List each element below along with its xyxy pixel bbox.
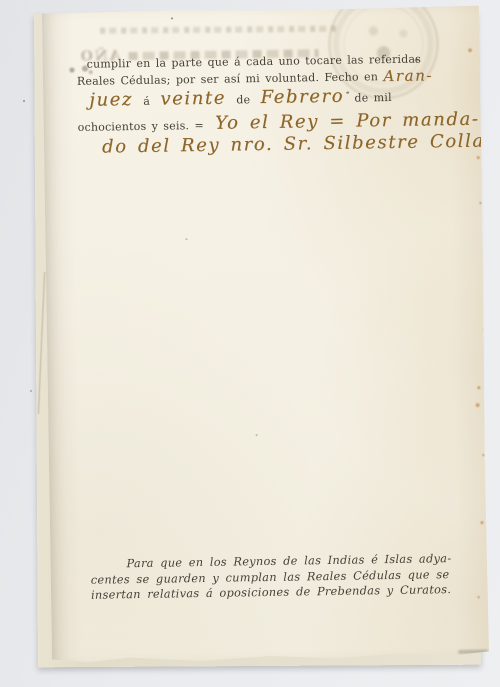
ink-speck [256, 434, 258, 436]
handwritten-day: veinte [160, 88, 226, 110]
foxing-spot [468, 48, 473, 53]
ink-speck [425, 116, 427, 118]
foxing-spot [480, 521, 484, 525]
handwritten-month: Febrero [260, 86, 344, 108]
printed-text: á [143, 95, 150, 108]
closing-text-block: cumplir en la parte que á cada uno tocar… [77, 52, 431, 161]
foxing-spot [484, 293, 488, 297]
ink-speck [415, 59, 418, 62]
ink-speck [23, 100, 25, 102]
printed-text: ochocientos y seis. = [78, 119, 204, 134]
foxing-spot [483, 253, 486, 256]
handwritten-place-part2: juez [89, 89, 133, 111]
foxing-spot [482, 454, 485, 457]
foxing-spot [483, 328, 486, 331]
ink-speck [185, 238, 187, 240]
mixed-line-4: ochocientos y seis. = Yo el Rey = Por ma… [78, 108, 430, 135]
printed-text: de mil [354, 91, 392, 105]
foxing-spot [476, 156, 480, 160]
handwritten-place-part1: Aran- [383, 66, 433, 85]
ink-speck [171, 17, 173, 19]
foxing-spot [477, 386, 481, 390]
footer-summary-paragraph: Para que en los Reynos de las Indias é I… [90, 551, 429, 603]
handwritten-royal-signature: Yo el Rey = Por manda- [215, 109, 480, 134]
foxing-spot [479, 202, 482, 205]
printed-text: de [236, 93, 250, 106]
foxing-spot [477, 596, 480, 599]
ink-speck [346, 92, 349, 94]
scanned-document-background: AÑO cumplir en la parte que á cada uno t… [0, 0, 500, 687]
foxing-spot [475, 403, 480, 408]
ink-speck [30, 390, 32, 392]
bleedthrough-text-line [100, 26, 336, 34]
document-page: AÑO cumplir en la parte que á cada uno t… [42, 6, 489, 664]
